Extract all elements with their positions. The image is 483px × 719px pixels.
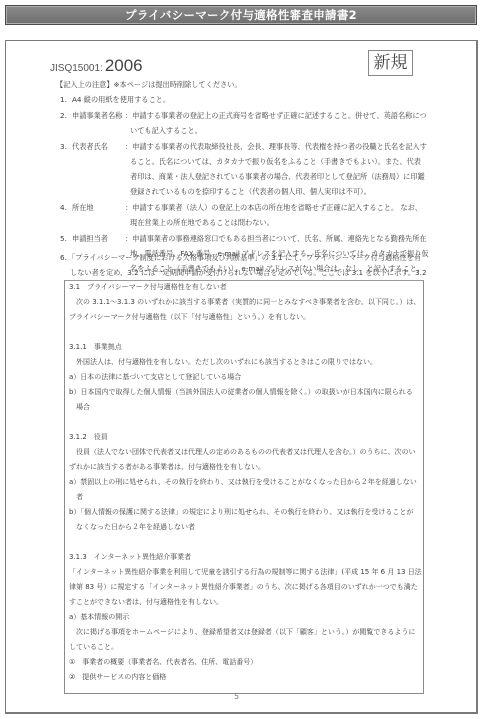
- standard-code: JISQ15001:: [50, 63, 103, 74]
- box-line: 役員（法人でない団体で代表者又は代理人の定めのあるものの代表者又は代理人を含む。…: [69, 445, 416, 460]
- box-line: 3.1.3 インターネット異性紹介事業者: [69, 550, 191, 565]
- box-line: プライバシーマーク付与適格性（以下「付与適格性」という。）を有しない。: [69, 310, 310, 325]
- page-number: 5: [234, 692, 239, 701]
- box-line: ② 提供サービスの内容と価格: [69, 670, 166, 685]
- box-line: 「インターネット異性紹介事業を利用して児童を誘引する行為の規制等に関する法律」(…: [69, 565, 422, 580]
- item-label: 所在地: [72, 200, 94, 215]
- item-body-line: いても記入すること。: [130, 123, 202, 138]
- new-application-badge: 新規: [368, 50, 413, 76]
- item-body-line: ：申請する事業者（法人）の登記上の本店の所在地を省略せず正確に記入すること。 な…: [125, 200, 422, 215]
- item-body-line: ：申請する事業者の代表取締役社長、会長、理事長等、代表権を持つ者の役職と氏名を記…: [125, 139, 427, 154]
- item-body-line: 者印は、商業・法人登記されている事業者の場合、代表者印として登記所（法務局）に印…: [130, 169, 425, 184]
- item-body-line: 登録されているものを捺印すること（代表者の個人印、個人実印は不可）。: [130, 184, 371, 199]
- item-body-line: ：申請事業者の事務連絡窓口でもある担当者について、氏名、所属、連絡先となる勤務先…: [125, 231, 427, 246]
- box-line: 次の 3.1.1～3.1.3 のいずれかに該当する事業者（実質的に同一とみなすべ…: [69, 295, 420, 310]
- box-line: なくなった日から２年を経過しない者: [69, 520, 195, 535]
- item-label: 申請担当者: [72, 231, 108, 246]
- notice-heading: 【記入上の注意】※本ページは提出時削除してください。: [56, 77, 242, 92]
- box-line: 律第 83 号）に規定する「インターネット異性紹介事業者」のうち、次に掲げる各項…: [69, 580, 418, 595]
- item-body-line: ること。氏名については、カタカナで振り仮名をふること（手書きでもよい）。また、代…: [130, 154, 421, 169]
- item-number: 6.: [60, 250, 67, 265]
- item-label: 代表者氏名: [72, 139, 108, 154]
- box-line: 者: [69, 490, 83, 505]
- box-line: ① 事業者の概要（事業者名、代表者名、住所、電話番号）: [69, 655, 257, 670]
- item-number: 4.: [60, 200, 67, 215]
- box-line: 外国法人は、付与適格性を有しない。ただし次のいずれにも該当するときはこの限りでは…: [69, 355, 377, 370]
- item-label: 申請事業者名称: [72, 108, 122, 123]
- box-line: すことができない者は、付与適格性を有しない。: [69, 595, 223, 610]
- box-line: していること。: [69, 640, 118, 655]
- box-line: b）「個人情報の保護に関する法律」の規定により刑に処せられ、その執行を終わり、又…: [69, 505, 413, 520]
- box-line: 次に掲げる事項をホームページにより、登録希望者又は登録者（以下「顧客」という。）…: [69, 625, 415, 640]
- item-number: 3.: [60, 139, 67, 154]
- standard-label: JISQ15001:2006: [50, 56, 143, 76]
- item-body-line: しない者を定め、3.2 には一定期間申請が受付けられない場合を定めている。ここで…: [70, 265, 427, 280]
- item-body-line: ：申請する事業者の登記上の正式商号を省略せず正確に記述すること。併せて、英語名称…: [125, 108, 427, 123]
- box-line: a）禁固以上の刑に処せられ、その執行を終わり、又は執行を受けることがなくなった日…: [69, 475, 417, 490]
- box-line: 3.1 プライバシーマーク付与適格性を有しない者: [69, 280, 227, 295]
- item-number: 1.: [60, 92, 67, 107]
- item-text: A4 縦の用紙を使用すること。: [72, 92, 170, 107]
- standard-year: 2006: [105, 56, 143, 75]
- box-line: 3.1.1 事業拠点: [69, 340, 122, 355]
- box-line: a）日本の法律に基づいて支店として登記している場合: [69, 370, 241, 385]
- item-number: 5.: [60, 231, 67, 246]
- item-number: 2.: [60, 108, 67, 123]
- box-line: 3.1.2 役員: [69, 430, 108, 445]
- criteria-excerpt-box: 3.1 プライバシーマーク付与適格性を有しない者 次の 3.1.1～3.1.3 …: [64, 280, 424, 694]
- item-body-line: 「プライバシーマーク制度における欠格事項及び判断基準」の 3.1 にて、プライバ…: [68, 250, 421, 265]
- item-body-line: 現在営業上の所在地であることは問わない。: [130, 215, 274, 230]
- box-line: a）基本情報の開示: [69, 610, 129, 625]
- box-line: 場合: [69, 400, 90, 415]
- box-line: ずれかに該当する者がある事業者は、付与適格性を有しない。: [69, 460, 265, 475]
- document-title-bar: プライバシーマーク付与適格性審査申請書2: [5, 5, 477, 25]
- box-line: b）日本国内で取得した個人情報（当該外国法人の従業者の個人情報を除く。）の取扱い…: [69, 385, 413, 400]
